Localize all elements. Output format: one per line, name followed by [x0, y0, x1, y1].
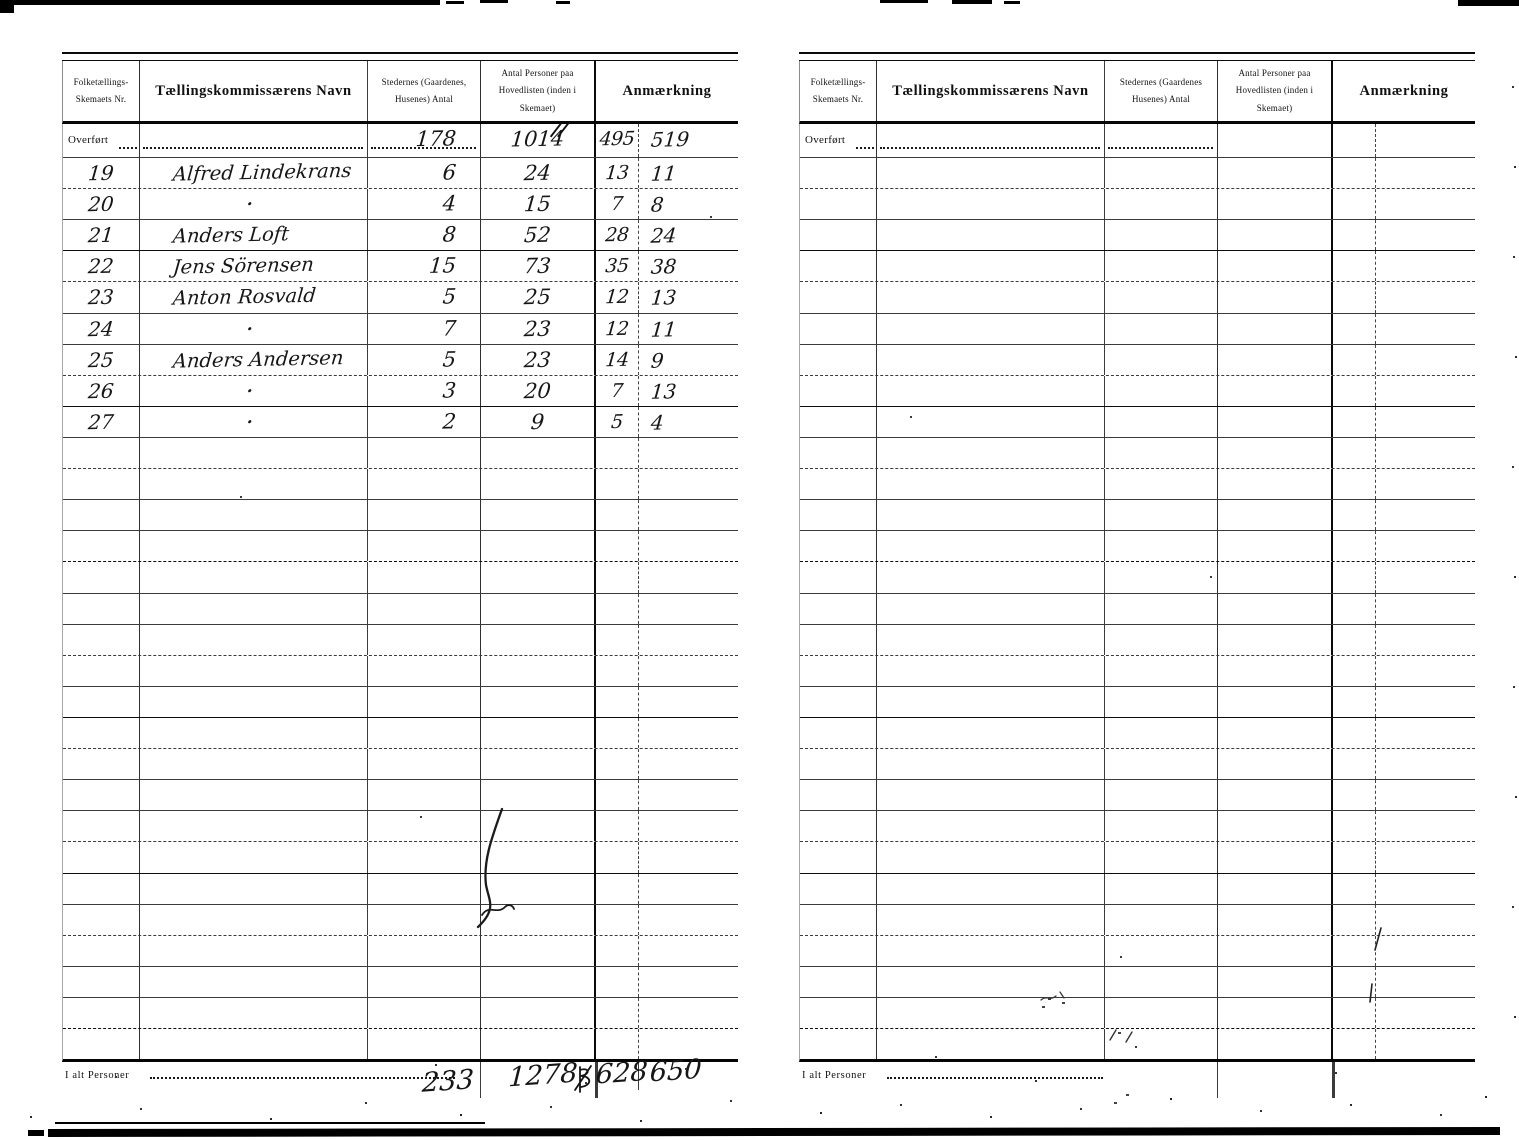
- handwritten-anm-b: [639, 966, 738, 968]
- cell-personer-antal: [1218, 874, 1333, 904]
- table-row: [800, 656, 1475, 687]
- handwritten-skema-nr: [800, 468, 876, 470]
- cell-kommissaer-navn: [140, 718, 368, 748]
- cell-anmaerkning-a: 5: [596, 407, 639, 437]
- handwritten-personer-antal: [1218, 375, 1331, 377]
- handwritten-anm-b: [639, 779, 738, 781]
- cell-anmaerkning-b: [1376, 376, 1475, 406]
- cell-anmaerkning-a: [596, 749, 639, 779]
- dotted-leader: [856, 147, 874, 149]
- handwritten-skema-nr: [63, 686, 139, 688]
- cell-anmaerkning-a: [596, 562, 639, 592]
- column-header-steder-antal: Stedernes (Gaardenes Husenes) Antal: [1105, 61, 1218, 121]
- cell-anmaerkning-b: 24: [639, 220, 738, 250]
- table-row: [63, 842, 738, 873]
- column-header-personer-antal: Antal Personer paa Hovedlisten (inden i …: [1218, 61, 1333, 121]
- cell-anmaerkning-a: [596, 718, 639, 748]
- table-row: [63, 625, 738, 656]
- handwritten-steder-antal: [368, 623, 480, 625]
- column-header-label: Tællingskommissærens Navn: [155, 83, 351, 100]
- cell-personer-antal: 15: [481, 189, 596, 219]
- handwritten-personer-antal: [1218, 717, 1331, 719]
- cell-kommissaer-navn: [140, 124, 368, 157]
- handwritten-personer-antal: [1218, 779, 1331, 781]
- cell-steder-antal: [1105, 438, 1218, 468]
- table-row: [800, 780, 1475, 811]
- handwritten-anm-a: [1333, 811, 1375, 812]
- handwritten-steder-antal: [1105, 375, 1217, 377]
- handwritten-skema-nr: 22: [62, 251, 141, 283]
- handwritten-steder-antal: 6: [367, 157, 482, 189]
- dotted-leader: [880, 147, 1100, 149]
- handwritten-anm-a: [1333, 251, 1375, 252]
- table-row: 27·2954: [63, 407, 738, 438]
- cell-skema-nr: [63, 1029, 140, 1059]
- table-row: [800, 749, 1475, 780]
- cell-anmaerkning-b: [1376, 811, 1475, 841]
- handwritten-steder-antal: [1105, 686, 1217, 688]
- cell-steder-antal: [368, 967, 481, 997]
- cell-personer-antal: 52: [481, 220, 596, 250]
- handwritten-steder-antal: [1105, 779, 1217, 781]
- handwritten-anm-a: [1333, 624, 1375, 625]
- cell-kommissaer-navn: Anton Rosvald: [140, 282, 368, 312]
- totals-row: I alt Personer: [799, 1062, 1475, 1112]
- cell-anmaerkning-a: [1333, 562, 1376, 592]
- handwritten-anm-b: [1376, 344, 1475, 346]
- cell-kommissaer-navn: [877, 220, 1105, 250]
- handwritten-skema-nr: [800, 811, 876, 813]
- cell-skema-nr: 21: [63, 220, 140, 250]
- cell-steder-antal: [368, 562, 481, 592]
- cell-personer-antal: 73: [481, 251, 596, 281]
- handwritten-anm-b: [639, 935, 738, 937]
- cell-anmaerkning-a: 35: [596, 251, 639, 281]
- pen-stroke: [1106, 1024, 1140, 1046]
- handwritten-skema-nr: [800, 499, 876, 501]
- cell-anmaerkning-b: [639, 656, 738, 686]
- cell-steder-antal: 5: [368, 282, 481, 312]
- cell-kommissaer-navn: [140, 531, 368, 561]
- cell-skema-nr: [800, 345, 877, 375]
- cell-kommissaer-navn: [877, 251, 1105, 281]
- cell-skema-nr: [800, 314, 877, 344]
- table-top-rule: [799, 52, 1475, 61]
- handwritten-name: Jens Sörensen: [139, 249, 369, 284]
- cell-anmaerkning-a: [1333, 780, 1376, 810]
- handwritten-personer-antal: [481, 499, 594, 501]
- cell-anmaerkning-a: [596, 967, 639, 997]
- cell-skema-nr: [63, 936, 140, 966]
- handwritten-anm-b: [639, 872, 738, 874]
- ditto-mark: ·: [139, 311, 369, 346]
- column-header-label: Tællingskommissærens Navn: [892, 83, 1088, 100]
- cell-anmaerkning-b: 38: [639, 251, 738, 281]
- cell-anmaerkning-b: [639, 438, 738, 468]
- handwritten-anm-a: [596, 966, 638, 967]
- cell-skema-nr: [63, 687, 140, 717]
- handwritten-personer-antal: [1218, 406, 1331, 408]
- carried-forward-label: Overført: [63, 124, 139, 157]
- cell-steder-antal: 178: [368, 124, 481, 157]
- handwritten-skema-nr: [800, 531, 876, 533]
- handwritten-personer-antal: [1218, 343, 1331, 345]
- cell-kommissaer-navn: [877, 811, 1105, 841]
- handwritten-anm-b: [1376, 935, 1475, 937]
- cell-skema-nr: [800, 282, 877, 312]
- cell-personer-antal: [1218, 345, 1333, 375]
- cell-skema-nr: [800, 189, 877, 219]
- scan-noise: [1048, 998, 1051, 1000]
- handwritten-steder-antal: [1105, 157, 1217, 159]
- cell-steder-antal: 8: [368, 220, 481, 250]
- cell-skema-nr: 22: [63, 251, 140, 281]
- cell-anmaerkning-b: [639, 500, 738, 530]
- handwritten-skema-nr: 19: [62, 157, 141, 189]
- cell-personer-antal: 23: [481, 345, 596, 375]
- cell-personer-antal: [1218, 998, 1333, 1028]
- column-header-anmaerkning: Anmærkning: [596, 61, 738, 121]
- handwritten-skema-nr: [800, 935, 876, 937]
- handwritten-anm-b: [639, 655, 738, 657]
- handwritten-anm-b: [639, 717, 738, 719]
- cell-anmaerkning-b: [1376, 158, 1475, 188]
- handwritten-personer-antal: [1218, 872, 1331, 874]
- handwritten-skema-nr: [63, 997, 139, 999]
- handwritten-steder-antal: [1105, 966, 1217, 968]
- cell-kommissaer-navn: ·: [140, 314, 368, 344]
- cell-personer-antal: [481, 687, 596, 717]
- cell-anmaerkning-a: [596, 811, 639, 841]
- handwritten-skema-nr: [63, 873, 139, 875]
- cell-skema-nr: [800, 936, 877, 966]
- handwritten-anm-a: 7: [595, 189, 640, 220]
- total-col-b-value: 650: [649, 1053, 721, 1089]
- cell-kommissaer-navn: Alfred Lindekrans: [140, 158, 368, 188]
- cell-anmaerkning-b: [1376, 189, 1475, 219]
- table-row: [63, 998, 738, 1029]
- handwritten-personer-antal: [481, 437, 594, 439]
- handwritten-steder-antal: [1105, 810, 1217, 812]
- cell-skema-nr: [800, 625, 877, 655]
- handwritten-anm-a: [1333, 282, 1375, 283]
- cell-skema-nr: 27: [63, 407, 140, 437]
- cell-anmaerkning-a: [1333, 625, 1376, 655]
- cell-skema-nr: [63, 594, 140, 624]
- cell-skema-nr: [800, 842, 877, 872]
- handwritten-personer-antal: 23: [480, 343, 596, 375]
- cell-skema-nr: [63, 500, 140, 530]
- handwritten-steder-antal: 4: [367, 188, 482, 220]
- cell-kommissaer-navn: Anders Andersen: [140, 345, 368, 375]
- cell-anmaerkning-b: [1376, 967, 1475, 997]
- cell-skema-nr: [800, 718, 877, 748]
- cell-personer-antal: [1218, 718, 1333, 748]
- cell-steder-antal: [1105, 220, 1218, 250]
- handwritten-anm-a: [596, 998, 638, 999]
- table-row: [63, 594, 738, 625]
- cell-personer-antal: [1218, 780, 1333, 810]
- handwritten-skema-nr: 25: [62, 344, 141, 376]
- cell-anmaerkning-b: [1376, 749, 1475, 779]
- table-row: [63, 562, 738, 593]
- table-row: [800, 811, 1475, 842]
- cell-anmaerkning-b: [1376, 780, 1475, 810]
- handwritten-anm-a: [1333, 189, 1375, 190]
- totals-label: I alt Personer: [65, 1070, 129, 1081]
- pen-correction-mark: [572, 1062, 596, 1098]
- cell-kommissaer-navn: [140, 998, 368, 1028]
- handwritten-anm-a: [1333, 749, 1375, 750]
- cell-anmaerkning-b: 11: [639, 158, 738, 188]
- table-row: [800, 687, 1475, 718]
- column-header-label: Antal Personer paa Hovedlisten (inden i …: [486, 65, 589, 116]
- handwritten-steder-antal: [1105, 281, 1217, 283]
- handwritten-steder-antal: [1105, 717, 1217, 719]
- handwritten-skema-nr: [800, 313, 876, 315]
- handwritten-steder-antal: 3: [367, 375, 482, 407]
- handwritten-skema-nr: 23: [62, 282, 141, 314]
- cell-anmaerkning-b: [639, 594, 738, 624]
- handwritten-steder-antal: [368, 655, 480, 657]
- handwritten-anm-a: [1333, 406, 1375, 407]
- handwritten-skema-nr: [800, 779, 876, 781]
- handwritten-anm-a: [596, 1029, 638, 1030]
- dotted-leader: [887, 1077, 1103, 1079]
- cell-anmaerkning-b: [1376, 345, 1475, 375]
- handwritten-personer-antal: 1014: [480, 123, 596, 155]
- table-row: [63, 531, 738, 562]
- handwritten-skema-nr: [800, 997, 876, 999]
- cell-kommissaer-navn: [877, 469, 1105, 499]
- table-row: [800, 469, 1475, 500]
- cell-anmaerkning-b: 4: [639, 407, 738, 437]
- handwritten-skema-nr: [63, 655, 139, 657]
- handwritten-personer-antal: [1218, 468, 1331, 470]
- cell-anmaerkning-b: [639, 967, 738, 997]
- column-rule-stub: [638, 1062, 639, 1090]
- column-header-label: Folketællings- Skemaets Nr.: [68, 74, 134, 108]
- table-row: [800, 500, 1475, 531]
- cell-anmaerkning-b: [1376, 469, 1475, 499]
- cell-personer-antal: [1218, 594, 1333, 624]
- column-rule-stub: [480, 1062, 481, 1098]
- table-row: [800, 625, 1475, 656]
- cell-personer-antal: [1218, 842, 1333, 872]
- cell-kommissaer-navn: [877, 407, 1105, 437]
- handwritten-anm-a: [1333, 344, 1375, 345]
- cell-anmaerkning-b: [639, 531, 738, 561]
- handwritten-anm-b: [639, 997, 738, 999]
- cell-personer-antal: [1218, 905, 1333, 935]
- cell-anmaerkning-a: [596, 780, 639, 810]
- handwritten-steder-antal: 5: [367, 281, 482, 313]
- handwritten-steder-antal: [1105, 530, 1217, 532]
- cell-personer-antal: [1218, 376, 1333, 406]
- handwritten-skema-nr: [800, 717, 876, 719]
- handwritten-skema-nr: [63, 717, 139, 719]
- handwritten-anm-b: [639, 530, 738, 532]
- cell-skema-nr: [800, 469, 877, 499]
- handwritten-skema-nr: [800, 344, 876, 346]
- handwritten-skema-nr: 27: [62, 406, 141, 438]
- handwritten-personer-antal: [1218, 966, 1331, 968]
- cell-kommissaer-navn: [140, 438, 368, 468]
- table-top-rule: [62, 52, 738, 61]
- cell-kommissaer-navn: [877, 189, 1105, 219]
- column-header-navn: Tællingskommissærens Navn: [877, 61, 1105, 121]
- cell-anmaerkning-b: [1376, 500, 1475, 530]
- cell-personer-antal: [1218, 749, 1333, 779]
- cell-anmaerkning-b: [639, 780, 738, 810]
- cell-kommissaer-navn: [877, 874, 1105, 904]
- cell-personer-antal: [481, 625, 596, 655]
- handwritten-anm-b: [1376, 437, 1475, 439]
- cell-anmaerkning-b: [1376, 531, 1475, 561]
- cell-skema-nr: [800, 251, 877, 281]
- handwritten-anm-a: [596, 438, 638, 439]
- handwritten-steder-antal: [1105, 312, 1217, 314]
- cell-steder-antal: [1105, 842, 1218, 872]
- cell-steder-antal: [368, 531, 481, 561]
- cell-skema-nr: [63, 998, 140, 1028]
- cell-anmaerkning-a: 12: [596, 314, 639, 344]
- cell-personer-antal: [1218, 811, 1333, 841]
- cell-skema-nr: 20: [63, 189, 140, 219]
- cell-kommissaer-navn: [140, 905, 368, 935]
- cell-anmaerkning-a: [596, 687, 639, 717]
- handwritten-anm-b: [639, 561, 738, 563]
- table-row: 19Alfred Lindekrans6241311: [63, 158, 738, 189]
- cell-anmaerkning-b: 8: [639, 189, 738, 219]
- handwritten-skema-nr: [800, 748, 876, 750]
- table-row: [63, 874, 738, 905]
- cell-steder-antal: [1105, 314, 1218, 344]
- cell-steder-antal: 5: [368, 345, 481, 375]
- handwritten-anm-b: [1376, 717, 1475, 719]
- handwritten-skema-nr: [63, 904, 139, 906]
- handwritten-steder-antal: [1105, 655, 1217, 657]
- cell-steder-antal: [1105, 189, 1218, 219]
- cell-anmaerkning-b: [1376, 1029, 1475, 1059]
- table-row: [800, 874, 1475, 905]
- cell-personer-antal: [481, 1029, 596, 1059]
- handwritten-skema-nr: [63, 811, 139, 813]
- cell-anmaerkning-a: [596, 656, 639, 686]
- cell-skema-nr: [800, 500, 877, 530]
- handwritten-anm-b: [1376, 375, 1475, 377]
- cell-personer-antal: [1218, 967, 1333, 997]
- cell-anmaerkning-a: [1333, 874, 1376, 904]
- cell-skema-nr: [63, 469, 140, 499]
- cell-anmaerkning-b: [1376, 594, 1475, 624]
- cell-steder-antal: [1105, 500, 1218, 530]
- handwritten-anm-b: [639, 686, 738, 688]
- handwritten-steder-antal: [368, 1028, 480, 1030]
- cell-personer-antal: 20: [481, 376, 596, 406]
- cell-skema-nr: [800, 376, 877, 406]
- handwritten-anm-a: [1333, 935, 1375, 936]
- column-header-label: Antal Personer paa Hovedlisten (inden i …: [1223, 65, 1326, 116]
- handwritten-anm-a: [596, 935, 638, 936]
- cell-skema-nr: [800, 811, 877, 841]
- cell-anmaerkning-b: [639, 718, 738, 748]
- handwritten-personer-antal: 52: [480, 219, 596, 251]
- cell-steder-antal: [1105, 469, 1218, 499]
- table-row: [63, 1029, 738, 1059]
- cell-skema-nr: [800, 1029, 877, 1059]
- handwritten-anm-a: [1333, 562, 1375, 563]
- handwritten-skema-nr: [63, 1028, 139, 1030]
- cell-anmaerkning-a: [1333, 811, 1376, 841]
- handwritten-steder-antal: [368, 779, 480, 781]
- handwritten-steder-antal: 178: [367, 123, 482, 155]
- cell-steder-antal: [1105, 749, 1218, 779]
- cell-skema-nr: 23: [63, 282, 140, 312]
- cell-anmaerkning-a: [1333, 842, 1376, 872]
- handwritten-anm-a: [596, 842, 638, 843]
- handwritten-steder-antal: [1105, 997, 1217, 999]
- cell-kommissaer-navn: [140, 469, 368, 499]
- handwritten-skema-nr: [800, 282, 876, 284]
- scan-artifact: [1004, 1, 1020, 4]
- cell-skema-nr: [800, 998, 877, 1028]
- handwritten-personer-antal: [1218, 592, 1331, 594]
- handwritten-personer-antal: [481, 966, 594, 968]
- cell-anmaerkning-b: [1376, 687, 1475, 717]
- cell-kommissaer-navn: [877, 749, 1105, 779]
- handwritten-steder-antal: [1105, 592, 1217, 594]
- table-row: 23Anton Rosvald5251213: [63, 282, 738, 313]
- cell-steder-antal: [1105, 625, 1218, 655]
- handwritten-skema-nr: 24: [62, 313, 141, 345]
- handwritten-skema-nr: [800, 842, 876, 844]
- handwritten-steder-antal: [1105, 437, 1217, 439]
- cell-personer-antal: [1218, 531, 1333, 561]
- cell-anmaerkning-b: [1376, 562, 1475, 592]
- table-row: [800, 842, 1475, 873]
- cell-anmaerkning-a: 13: [596, 158, 639, 188]
- cell-steder-antal: 6: [368, 158, 481, 188]
- handwritten-anm-a: 12: [595, 282, 640, 313]
- handwritten-steder-antal: [368, 748, 480, 750]
- handwritten-anm-b: [1376, 188, 1475, 190]
- cell-kommissaer-navn: [877, 936, 1105, 966]
- pen-stroke: [480, 898, 516, 922]
- cell-kommissaer-navn: Jens Sörensen: [140, 251, 368, 281]
- cell-skema-nr: [800, 905, 877, 935]
- handwritten-skema-nr: 20: [62, 188, 141, 220]
- cell-anmaerkning-b: [1376, 905, 1475, 935]
- table-row: [800, 251, 1475, 282]
- scan-artifact: [446, 1, 464, 4]
- handwritten-anm-b: [1376, 872, 1475, 874]
- cell-anmaerkning-a: 7: [596, 189, 639, 219]
- total-steder-value: [1129, 1062, 1242, 1070]
- handwritten-anm-a: [1333, 375, 1375, 376]
- handwritten-name: Anton Rosvald: [139, 280, 369, 315]
- cell-anmaerkning-b: [639, 998, 738, 1028]
- handwritten-steder-antal: [1105, 935, 1217, 937]
- handwritten-anm-b: 13: [638, 375, 740, 407]
- cell-kommissaer-navn: [140, 562, 368, 592]
- handwritten-anm-a: [596, 562, 638, 563]
- handwritten-anm-b: [1376, 904, 1475, 906]
- handwritten-personer-antal: [481, 748, 594, 750]
- table-row: [63, 718, 738, 749]
- cell-kommissaer-navn: [877, 376, 1105, 406]
- cell-personer-antal: 9: [481, 407, 596, 437]
